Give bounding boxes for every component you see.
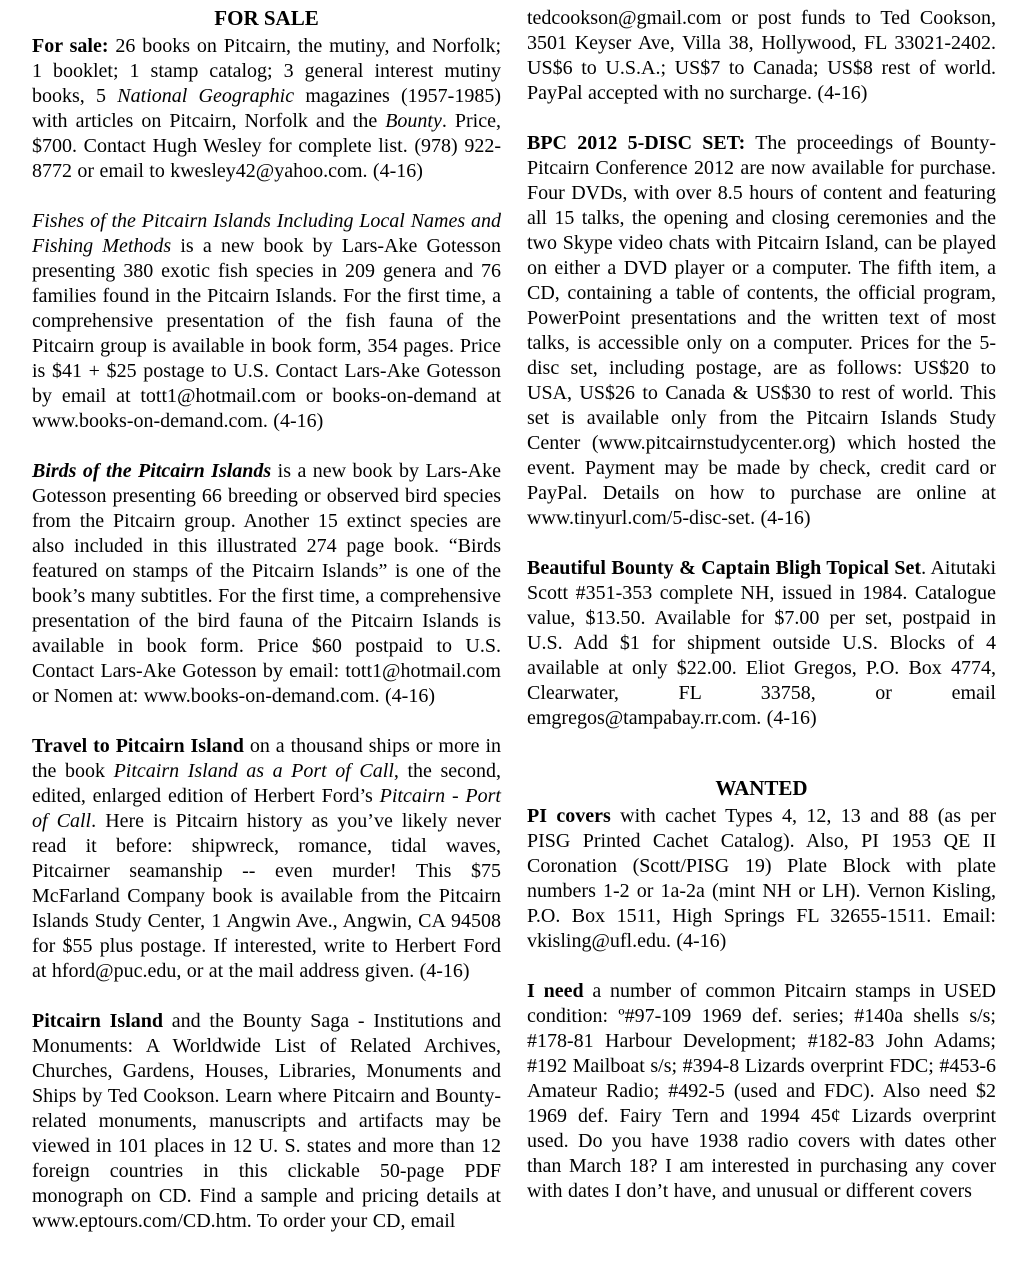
ad-bligh-topical-set: Beautiful Bounty & Captain Bligh Topical… [527, 556, 996, 731]
ad-bounty-saga-cd: Pitcairn Island and the Bounty Saga - In… [32, 1009, 501, 1234]
text-run: I need [527, 980, 584, 1002]
text-run: Bounty [385, 110, 442, 132]
ad-pi-covers-wanted: PI covers with cachet Types 4, 12, 13 an… [527, 804, 996, 954]
left-column: FOR SALEFor sale: 26 books on Pitcairn, … [32, 6, 501, 1272]
wanted-heading: WANTED [527, 776, 996, 801]
text-run: tedcookson@gmail.com or post funds to Te… [527, 7, 996, 104]
text-run: Pitcairn Island as a Port of Call [114, 760, 394, 782]
text-run: and the Bounty Saga - Institutions and M… [32, 1010, 501, 1232]
ad-stamps-needed: I need a number of common Pitcairn stamp… [527, 979, 996, 1204]
text-run: . Here is Pitcairn history as you’ve lik… [32, 810, 501, 982]
text-run: PI covers [527, 805, 611, 827]
classified-ads-page: FOR SALEFor sale: 26 books on Pitcairn, … [0, 0, 1026, 1272]
text-run: is a new book by Lars-Ake Gotesson prese… [32, 460, 501, 707]
ad-bounty-saga-cd-continued: tedcookson@gmail.com or post funds to Te… [527, 6, 996, 106]
text-run: Beautiful Bounty & Captain Bligh Topical… [527, 557, 921, 579]
text-run: National Geographic [117, 85, 294, 107]
text-run: The proceedings of Bounty-Pitcairn Confe… [527, 132, 996, 529]
ad-travel-book: Travel to Pitcairn Island on a thousand … [32, 734, 501, 984]
for-sale-heading: FOR SALE [32, 6, 501, 31]
text-run: For sale: [32, 35, 108, 57]
text-run: . Aitutaki Scott #351-353 complete NH, i… [527, 557, 996, 729]
ad-books-for-sale: For sale: 26 books on Pitcairn, the muti… [32, 34, 501, 184]
text-run: Travel to Pitcairn Island [32, 735, 244, 757]
right-column: tedcookson@gmail.com or post funds to Te… [527, 6, 996, 1272]
ad-birds-book: Birds of the Pitcairn Islands is a new b… [32, 459, 501, 709]
text-run: a number of common Pitcairn stamps in US… [527, 980, 996, 1202]
text-run: with cachet Types 4, 12, 13 and 88 (as p… [527, 805, 996, 952]
ad-fishes-book: Fishes of the Pitcairn Islands Including… [32, 209, 501, 434]
text-run: is a new book by Lars-Ake Gotesson prese… [32, 235, 501, 432]
text-run: Birds of the Pitcairn Islands [32, 460, 271, 482]
text-run: BPC 2012 5-DISC SET: [527, 132, 745, 154]
ad-bpc-disc-set: BPC 2012 5-DISC SET: The proceedings of … [527, 131, 996, 531]
text-run: Pitcairn Island [32, 1010, 163, 1032]
